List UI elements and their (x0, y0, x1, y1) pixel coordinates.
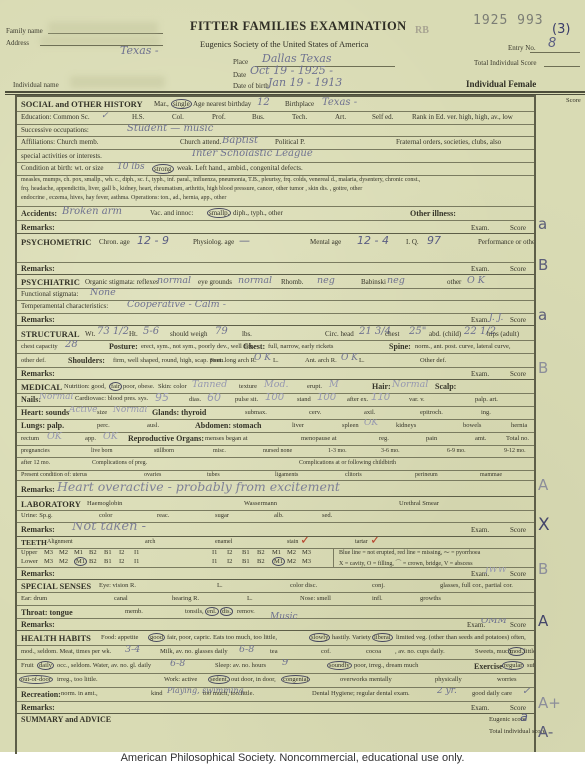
urine-sugar-label: sugar (215, 512, 229, 519)
hernia-label: hernia (511, 422, 527, 429)
occupations-label: Successive occupations: (21, 126, 89, 134)
stamp-number: 1925 993 (473, 13, 544, 28)
babinski-label: Babinski (361, 278, 386, 286)
structural-score-label: Score (510, 370, 526, 378)
health-habits-row-3: Fruit daily occ., seldom. Water, av. no.… (17, 659, 534, 674)
psychiatric-other-label: other (447, 278, 461, 286)
ing-label: ing. (481, 409, 491, 416)
daily-care-label: good daily care (472, 690, 512, 697)
psychiatric-row-1: PSYCHIATRIC Organic stigmata: reflexes n… (17, 275, 534, 289)
psychometric-title: PSYCHOMETRIC (21, 237, 91, 247)
psychiatric-remarks-label: Remarks: (21, 315, 55, 324)
iq-value: 97 (427, 234, 441, 247)
tooth-i2: I2 (227, 549, 232, 556)
suffic-label: suffic., (527, 662, 534, 669)
medical-row-4: Lungs: palp. perc. ausl. Abdomen: stomac… (17, 419, 534, 433)
psychometric-score-label: Score (510, 265, 526, 273)
perineum-label: perineum (415, 472, 438, 478)
tooth-m3: M3 (302, 558, 311, 565)
tooth-b1: B1 (242, 549, 250, 556)
glasses-label: glasses, full cor., partial cor. (440, 582, 513, 589)
laboratory-remarks-row: Remarks: Not taken - Exam. Score (17, 522, 534, 537)
nails-label: Nails: (21, 395, 41, 404)
church-attend-value: Baptist (222, 136, 258, 146)
birthplace-value: Texas - (322, 97, 357, 108)
epitroch-label: epitroch. (420, 409, 443, 416)
work-rest: out door, in door, (231, 676, 276, 683)
shoulders-label: Shoulders: (68, 356, 105, 365)
palp-art-label: palp. art. (475, 396, 498, 403)
vac-label: Vac. and innoc: (150, 209, 193, 217)
education-art: Art. (335, 113, 346, 121)
other-def-label: other def. (21, 357, 46, 364)
nutrition-circled: fair (109, 382, 122, 391)
exercise-circled: regular (502, 661, 524, 670)
illnesses-line-2: frq. headache, appendicitis, liver, gall… (21, 186, 362, 192)
clitoris-label: clitoris (345, 472, 362, 478)
tea-label: tea (270, 648, 278, 655)
special-activities-row: special activities or interests. Inter S… (17, 149, 534, 163)
family-name-line (48, 33, 163, 34)
chron-age-value: 12 - 9 (137, 234, 169, 247)
cerv-label: cerv. (309, 409, 321, 416)
examination-card: Family name Address Texas - Individual n… (0, 0, 585, 752)
functional-stigmata-value: None (90, 288, 116, 298)
rhomb-value: neg (317, 275, 335, 286)
meat-value: 3-4 (125, 645, 140, 655)
tooth-b2: B2 (257, 549, 265, 556)
dias-label: dias. (189, 396, 201, 403)
tooth-i2: I2 (119, 549, 124, 556)
lungs-label: Lungs: palp. (21, 421, 64, 430)
total-score-line (544, 66, 580, 67)
sleep-label: Sleep: av. no. hours (215, 662, 266, 669)
other-def2-label: Other def. (420, 357, 446, 364)
canal-label: canal (114, 595, 128, 602)
abdomen-label: Abdomen: stomach (195, 421, 261, 430)
daily-care-value: ✓ (522, 687, 530, 697)
tonsils-enl-circled: enl. (205, 607, 219, 616)
remov-label: remov. (237, 608, 255, 615)
special-senses-remarks-label: Remarks: (21, 620, 55, 629)
stain-check: ✓ (300, 537, 311, 548)
tooth-m2: M2 (59, 549, 68, 556)
birthplace-label: Birthplace (285, 100, 314, 108)
entry-value: 8 (548, 36, 556, 51)
health-habits-row-1: HEALTH HABITS Food: appetite good fair, … (17, 631, 534, 646)
upper-label: Upper (21, 549, 37, 556)
amt-label: amt. (475, 435, 486, 442)
psychiatric-title: PSYCHIATRIC (21, 277, 80, 287)
tooth-i2: I2 (119, 558, 124, 565)
dental-value: 2 yr. (437, 687, 457, 696)
erupt-label: erupt. (307, 383, 322, 390)
meat-label: mod., seldom. Meat, times per wk. (21, 648, 111, 655)
outdoor-circled: out-of-door (19, 675, 53, 684)
ant-arch-value: O K (341, 353, 358, 363)
chron-age-label: Chron. age (99, 238, 130, 246)
vision-l-label: L. (217, 582, 223, 589)
teeth-remarks-label: Remarks: (21, 569, 55, 578)
after-ex-label: after ex. (347, 396, 368, 403)
throat-tongue-label: Throat: tongue (21, 608, 73, 617)
erupt-value: M (329, 380, 339, 390)
psychometric-remarks-row: Remarks: Exam. Score (17, 262, 534, 275)
complications-row: after 12 mo. Complications of preg. Comp… (17, 457, 534, 471)
sweets-circled: mod. (508, 647, 525, 656)
overworks-label: overworks mentally (340, 676, 392, 683)
teeth-legend-line-2: X = cavity, O = filling, ⌒ = crown, brid… (339, 558, 473, 567)
social-remarks-row: Remarks: Exam. Score (17, 220, 534, 234)
tooth-m1: M1 (272, 549, 281, 556)
psychiatric-remarks-row: Remarks: Exam. J. J. Score (17, 313, 534, 326)
tooth-b1: B1 (242, 558, 250, 565)
teeth-exam-value: JWW (485, 567, 507, 575)
chest-type-value: full, narrow, early rickets (268, 343, 333, 350)
exercise-label: Exercise (474, 662, 503, 671)
submax-label: submax. (245, 409, 267, 416)
sheet-number: (3) (552, 22, 570, 37)
stand-label: stand (297, 396, 311, 403)
dob-label: Date of birth (233, 82, 269, 90)
texture-label: texture (239, 383, 257, 390)
birth-rest: weak. Left hand., ambid., congenital def… (177, 164, 303, 172)
mar-value: single (171, 99, 192, 109)
urine-color-label: color (99, 512, 112, 519)
cocoa-label: cocoa (366, 648, 381, 655)
hair-label: Hair: (372, 382, 391, 391)
infl-label: infl. (372, 595, 383, 602)
spleen-label: spleen (342, 422, 359, 429)
organic-stigmata-label: Organic stigmata: reflexes (85, 278, 159, 286)
laboratory-score-value: X (538, 515, 550, 535)
vac-rest: diph., typh., other (233, 209, 283, 217)
functional-stigmata-label: Functional stigmata: (21, 290, 78, 298)
special-senses-score-value: A (538, 612, 548, 630)
affiliations-row: Affiliations: Church memb. Church attend… (17, 136, 534, 150)
health-habits-remarks-label: Remarks: (21, 703, 55, 712)
babinski-value: neg (387, 275, 405, 286)
mar-label: Mar., (154, 100, 169, 108)
sleep-rest: poor, irreg., dream much (354, 662, 418, 669)
score-column-left-border (534, 95, 536, 752)
mental-age-value: 12 - 4 (357, 234, 389, 247)
education-hs: H.S. (132, 113, 144, 121)
special-senses-title: SPECIAL SENSES (21, 581, 91, 591)
accidents-row: Accidents: Broken arm Vac. and innoc: sm… (17, 206, 534, 221)
should-weigh-label: should weigh (170, 330, 208, 338)
growths-label: growths (420, 595, 441, 602)
pulse-value: 100 (265, 393, 284, 403)
tooth-i1: I1 (134, 558, 139, 565)
form-title: FITTER FAMILIES EXAMINATION (190, 19, 407, 34)
health-habits-row-5: Recreation: norm. in amt., kind Playing,… (17, 687, 534, 702)
posture-label: Posture: (109, 342, 138, 351)
glands-label: Glands: thyroid (152, 408, 206, 417)
structural-remarks-label: Remarks: (21, 369, 55, 378)
teeth-legend-divider (333, 548, 334, 567)
education-bus: Bus. (252, 113, 265, 121)
milk-label: Milk, av. no. glasses daily (160, 648, 228, 655)
medical-remarks-row: Remarks: Heart overactive - probably fro… (17, 480, 534, 497)
entry-line (530, 52, 580, 53)
mammae-label: mammae (480, 472, 502, 478)
hastily-label: hastily. Variety (332, 634, 371, 641)
veg-label: limited veg. (other than seeds and potat… (396, 634, 526, 641)
wt-label: Wt. (85, 330, 95, 338)
conj-label: conj. (372, 582, 385, 589)
tooth-b2: B2 (89, 558, 97, 565)
illnesses-row: measles, mumps, ch. pox, smallp., wh. c.… (17, 175, 534, 207)
hips-label: hips (adult) (487, 330, 519, 338)
performance-label: Performance or other, (478, 238, 534, 246)
tooth-m3: M3 (44, 558, 53, 565)
medical-row-3: Heart: sounds Active size Normal Glands:… (17, 406, 534, 420)
birth-weight-value: 10 lbs (117, 162, 145, 172)
chest-value: 25" (409, 326, 426, 337)
pulse-label: pulse sit. (235, 396, 258, 403)
tooth-i1: I1 (212, 558, 217, 565)
app-value: OK (103, 432, 118, 442)
too-much-label: too much, too little. (203, 690, 254, 697)
appetite-circled: good (148, 633, 165, 642)
little-label: little. (524, 648, 534, 655)
app-label: app. (85, 435, 96, 442)
uterus-label: Present condition of: uterus (21, 472, 87, 478)
menses-label: menses began at (205, 435, 248, 442)
laboratory-remarks-label: Remarks: (21, 525, 55, 534)
iq-label: I. Q. (406, 238, 419, 246)
chest-label: chest (385, 330, 399, 338)
redacted-individual-name (70, 76, 165, 88)
special-value: Inter Scholastic League (192, 149, 313, 159)
heart-size-label: size (97, 409, 107, 416)
health-habits-row-2: mod., seldom. Meat, times per wk. 3-4 Mi… (17, 645, 534, 660)
ht-value: 5-6 (143, 326, 159, 337)
work-note: Music (270, 612, 298, 622)
stamp-letters: RB (415, 25, 429, 36)
address-value: Texas - (120, 44, 159, 57)
ant-arch-l-label: L. (359, 357, 365, 364)
medical-remarks-label: Remarks: (21, 485, 55, 494)
social-row-1: SOCIAL and OTHER HISTORY Mar., single Ag… (17, 97, 534, 112)
psychiatric-exam-value: J. J. (489, 313, 503, 323)
age-label: Age nearest birthday (193, 100, 251, 108)
education-tech: Tech. (292, 113, 307, 121)
congenial-circled: congenial (281, 675, 310, 684)
appetite-label: Food: appetite (101, 634, 138, 641)
total-score-label: Total Individual Score (474, 59, 537, 67)
hair-value: Normal (392, 380, 428, 390)
psychiatric-exam-label: Exam. (471, 316, 489, 324)
teeth-score-value: B (538, 560, 548, 578)
perc-label: perc. (97, 422, 110, 429)
education-col: Col. (172, 113, 184, 121)
spine-value: norm., ant. post. curve, lateral curve, (415, 343, 510, 350)
rectum-label: rectum (21, 435, 39, 442)
header-rule-1 (5, 91, 585, 93)
ht-label: Ht. (129, 330, 138, 338)
other-illness-label: Other illness: (410, 209, 456, 218)
chest-capacity-value: 28 (65, 340, 78, 350)
health-habits-title: HEALTH HABITS (21, 633, 91, 643)
age-value: 12 (257, 97, 270, 108)
social-score-value: a (538, 215, 547, 233)
wt-value: 73 1/2 (97, 326, 129, 337)
medical-remarks-value: Heart overactive - probably from excitem… (57, 480, 340, 494)
cof-label: cof. (321, 648, 331, 655)
water-value: 6-8 (170, 659, 185, 669)
nursed-1-3-label: 1-3 mo. (328, 448, 347, 454)
chest-capacity-label: chest capacity (21, 343, 58, 350)
worries-label: worries (497, 676, 517, 683)
structural-title: STRUCTURAL (21, 329, 80, 339)
tonsils-label: tonsils, (185, 608, 204, 615)
water-label: occ., seldom. Water, av. no. gl. daily (57, 662, 151, 669)
tooth-m1: M1 (74, 549, 83, 556)
heart-size-value: Normal (113, 406, 147, 415)
nails-value: Normal (39, 393, 73, 402)
heart-sounds-label: Heart: sounds (21, 408, 69, 417)
mental-age-label: Mental age (310, 238, 341, 246)
after-ex-value: 110 (371, 393, 390, 403)
urine-sed-label: sed. (322, 512, 332, 519)
tooth-m1: M1 (272, 557, 285, 566)
temperamental-label: Temperamental characteristics: (21, 302, 108, 310)
spleen-value: OK (364, 419, 378, 428)
social-remarks-label: Remarks: (21, 223, 55, 232)
eye-grounds-value: normal (238, 275, 272, 286)
eye-grounds-label: eye grounds (198, 278, 232, 286)
medical-row-1: MEDICAL Nutrition: good, fair poor, obes… (17, 380, 534, 394)
education-row: Education: Common Sc. ✓ H.S. Col. Prof. … (17, 111, 534, 125)
outdoor-rest: irreg., too little. (57, 676, 98, 683)
color-disc-label: color disc. (290, 582, 317, 589)
medical-score-value: A (538, 476, 548, 494)
feet-label: Feet: long arch R. (210, 357, 257, 364)
nursed-6-9-label: 6-9 mo. (447, 448, 466, 454)
hearing-r-label: hearing R. (172, 595, 199, 602)
education-prof: Prof. (212, 113, 226, 121)
entry-label: Entry No. (508, 44, 536, 52)
reflexes-value: normal (157, 275, 191, 286)
health-habits-row-4: out-of-door irreg., too little. Work: ac… (17, 673, 534, 688)
illnesses-line-1: measles, mumps, ch. pox, smallp., wh. c.… (21, 177, 420, 183)
pregnancies-label: pregnancies (21, 448, 50, 454)
tooth-b2: B2 (89, 549, 97, 556)
liver-label: liver (292, 422, 304, 429)
temperamental-value: Cooperative - Calm - (127, 300, 226, 310)
stain-label: stain (287, 539, 298, 545)
work-label: Work: active (164, 676, 197, 683)
dob-value: Jan 19 - 1913 (268, 76, 342, 89)
ovaries-label: ovaries (144, 472, 161, 478)
structural-row-1: STRUCTURAL Wt. 73 1/2 Ht. 5-6 should wei… (17, 326, 534, 341)
teeth-legend-line-1: Blue line = not erupted, red line = miss… (339, 549, 480, 556)
urine-alb-label: alb. (274, 512, 284, 519)
physiolog-age-value: — (239, 234, 250, 247)
special-senses-exam-value: OMM (481, 618, 507, 626)
enamel-label: enamel (215, 539, 232, 545)
spine-label: Spine: (389, 342, 411, 351)
recreation-label: Recreation: (21, 690, 61, 699)
health-habits-exam-label: Exam. (471, 704, 489, 712)
health-habits-remarks-row: Remarks: Exam. Score (17, 701, 534, 714)
sedent-circled: sedent. (208, 675, 230, 684)
ausc-label: ausl. (147, 422, 159, 429)
arch-label: arch (145, 539, 155, 545)
skin-color-label: Skin: color (158, 383, 187, 390)
psychometric-remarks-label: Remarks: (21, 264, 55, 273)
tooth-m2: M2 (59, 558, 68, 565)
tooth-m2: M2 (287, 558, 296, 565)
psychometric-row: PSYCHOMETRIC Chron. age 12 - 9 Physiolog… (17, 234, 534, 263)
chest-type-label: Chest: (243, 342, 265, 351)
education-check: ✓ (101, 111, 109, 121)
education-label: Education: Common Sc. (21, 113, 90, 121)
feet-l-label: L. (273, 357, 279, 364)
urine-spg-label: Urine: Sp.g. (21, 512, 53, 519)
skin-color-value: Tanned (192, 380, 227, 390)
birth-strong: strong (152, 164, 174, 174)
form-subtitle: Eugenics Society of the United States of… (200, 39, 368, 49)
score-column-header: Score (566, 97, 581, 104)
occupations-value: Student — music (127, 124, 213, 134)
individual-female-label: Individual Female (466, 79, 536, 89)
lower-label: Lower (21, 558, 38, 565)
special-label: special activities or interests. (21, 152, 102, 160)
physiolog-age-label: Physiolog. age (193, 238, 234, 246)
structural-remarks-row: Remarks: Exam. Score (17, 367, 534, 380)
psychometric-exam-label: Exam. (471, 265, 489, 273)
nutrition-rest: poor, obese. (123, 383, 154, 390)
nursed-3-6-label: 3-6 mo. (381, 448, 400, 454)
laboratory-title: LABORATORY (21, 499, 81, 509)
health-habits-score-value: A+ (538, 694, 561, 712)
laboratory-remarks-value: Not taken - (72, 522, 146, 534)
structural-row-2: chest capacity 28 Posture: erect, sym., … (17, 340, 534, 354)
repro-label: Reproductive Organs: (128, 434, 204, 443)
complications-child-label: Complications at or following childbirth (299, 460, 396, 466)
heart-sounds-value: Active (69, 406, 97, 415)
temperamental-row: Temperamental characteristics: Cooperati… (17, 300, 534, 314)
cardiovasc-label: Cardiovasc: blood pres. sys. (75, 395, 148, 402)
bp-sys-value: 95 (155, 393, 169, 404)
haemoglobin-label: Haemoglobin (87, 500, 122, 507)
kidneys-label: kidneys (396, 422, 416, 429)
live-born-label: live born (91, 448, 113, 454)
vac-circled: smallp. (207, 208, 231, 218)
sleep-value: 9 (282, 659, 288, 668)
dias-value: 60 (207, 393, 221, 404)
teeth-score-label: Score (510, 570, 526, 578)
tooth-m3: M3 (302, 549, 311, 556)
tooth-m1: M1 (74, 557, 87, 566)
complications-preg-label: Complications of preg. (92, 460, 147, 466)
tooth-b1: B1 (104, 549, 112, 556)
social-title: SOCIAL and OTHER HISTORY (21, 99, 143, 109)
urine-reac-label: reac. (157, 512, 169, 519)
nursed-none-label: nursed none (263, 448, 292, 454)
alignment-label: Alignment (47, 539, 73, 545)
date-label: Date (233, 71, 246, 79)
laboratory-row: LABORATORY Haemoglobin Wassermann Urethr… (17, 497, 534, 511)
tooth-b2: B2 (257, 558, 265, 565)
after-12-label: after 12 mo. (21, 460, 50, 466)
soundly-circled: soundly (327, 661, 352, 670)
scalp-label: Scalp: (435, 382, 456, 391)
texture-value: Mod. (264, 380, 289, 390)
